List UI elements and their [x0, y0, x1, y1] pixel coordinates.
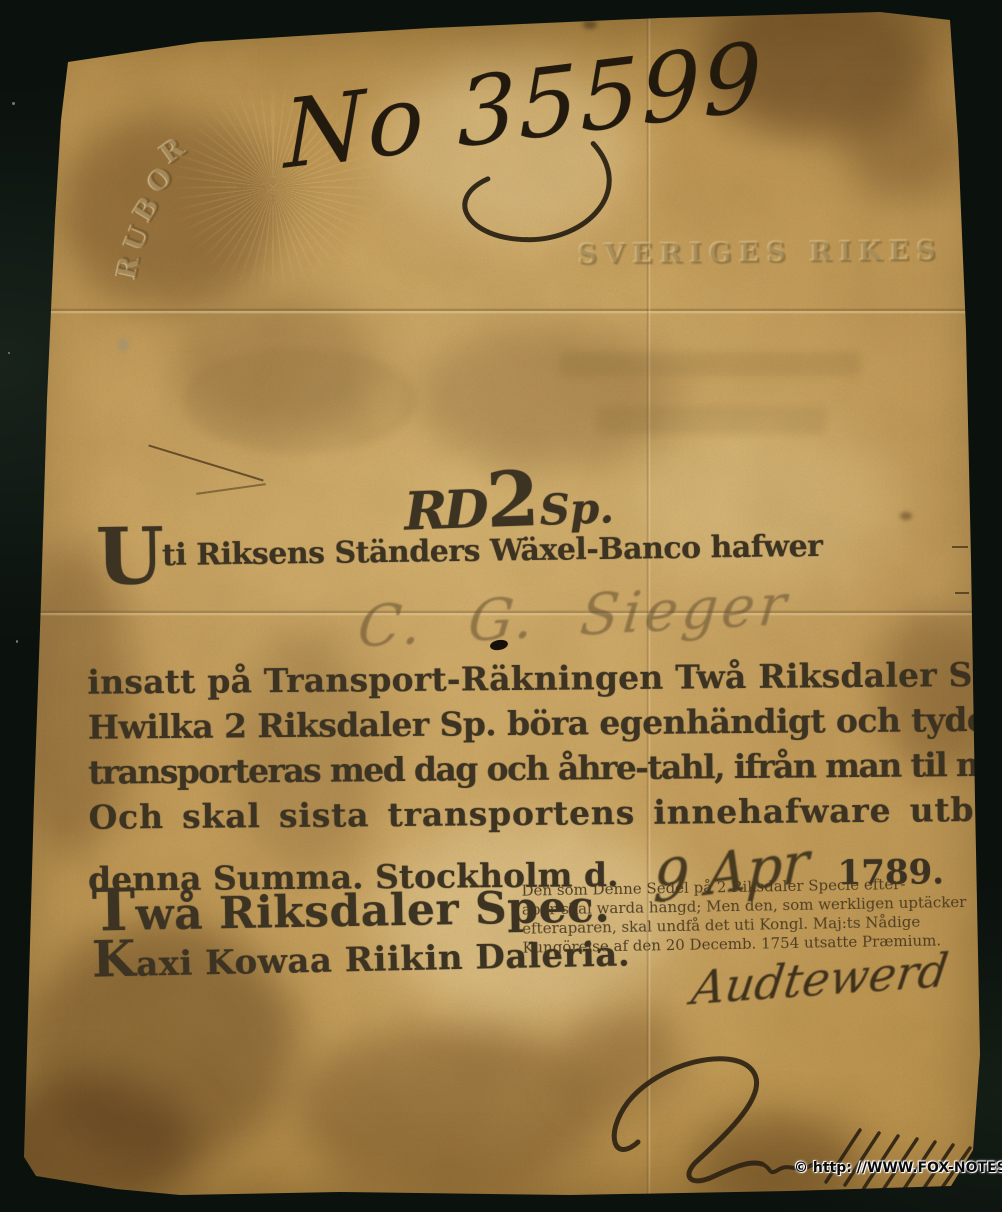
body-text-line: Och skal sista transportens innehafware … — [88, 787, 944, 839]
photo-credit-watermark: © http: //WWW.FOX-NOTES.RU — [794, 1160, 1002, 1176]
banknote-paper: R O B U R SVERIGES RIKES No 35599 RD 2 S… — [0, 0, 1002, 1212]
body-text-line: Hwilka 2 Riksdaler Sp. böra egenhändigt … — [88, 697, 944, 749]
serial-number-flourish — [387, 131, 656, 273]
dust-speck — [16, 640, 18, 643]
dust-speck — [12, 102, 15, 105]
dust-speck — [8, 352, 10, 354]
ghost-print-remnant — [596, 406, 826, 434]
photo-background: R O B U R SVERIGES RIKES No 35599 RD 2 S… — [0, 0, 1002, 1212]
ghost-print-remnant — [560, 352, 860, 376]
body-text-line: insatt på Transport-Räkningen Twå Riksda… — [87, 652, 943, 704]
issuer-line-text: ti Riksens Ständers Wäxel-Banco hafwer — [162, 529, 823, 573]
issuer-line-ornate-initial: U — [95, 511, 162, 603]
director-signature-flourish — [598, 1042, 1002, 1210]
edge-tear — [952, 546, 968, 548]
body-text-block: insatt på Transport-Räkningen Twå Riksda… — [87, 652, 945, 839]
fold-crease-horizontal — [28, 308, 976, 314]
ghost-emblem-remnant — [182, 348, 417, 453]
edge-tear — [955, 592, 969, 594]
body-text-line: transporteras med dag och åhre-tahl, ifr… — [88, 742, 944, 794]
penalty-clause-block: Den som Denne Sedel på 2 Riksdaler Speci… — [521, 874, 946, 957]
